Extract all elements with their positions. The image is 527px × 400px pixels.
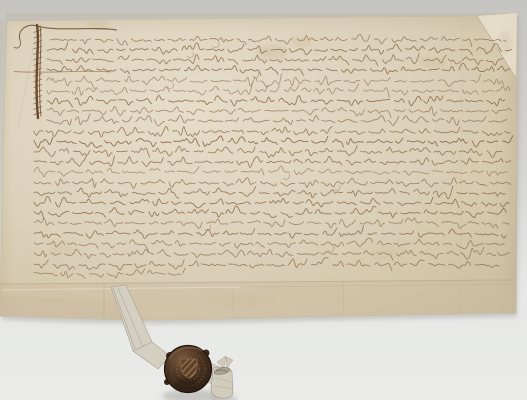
charter-photo (0, 0, 527, 400)
charter-photo-canvas (0, 0, 527, 400)
